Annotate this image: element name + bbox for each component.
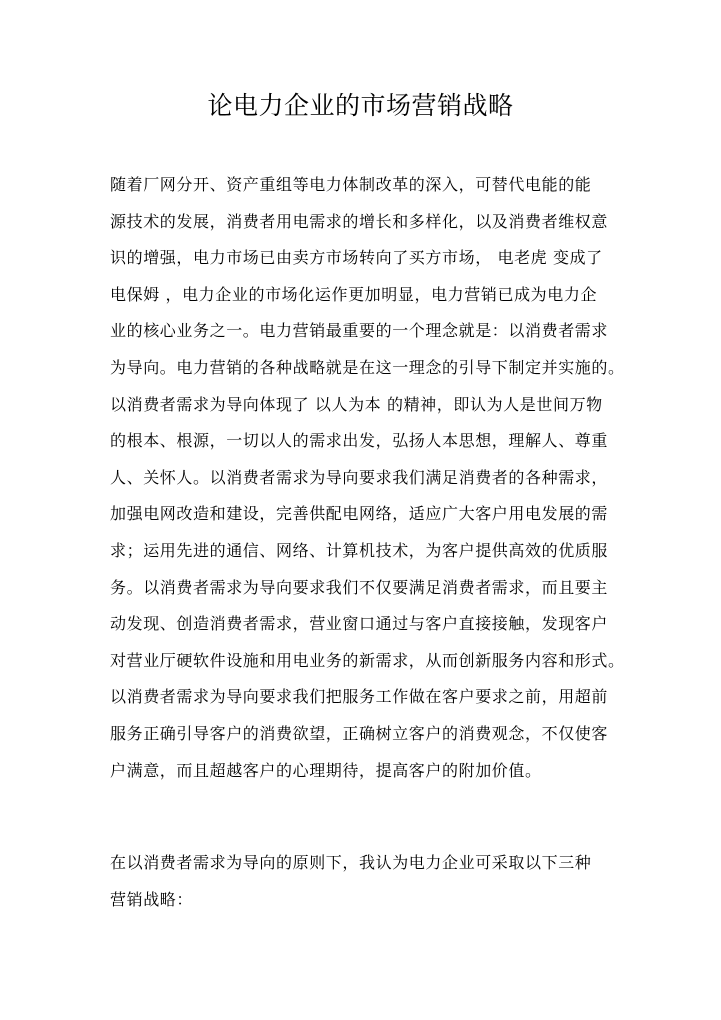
text-line: 为导向。电力营销的各种战略就是在这一理念的引导下制定并实施的。 [110,350,630,387]
text-line: 源技术的发展，消费者用电需求的增长和多样化，以及消费者维权意 [110,204,630,241]
text-line: 加强电网改造和建设，完善供配电网络，适应广大客户用电发展的需 [110,496,630,533]
text-line: 服务正确引导客户的消费欲望，正确树立客户的消费观念，不仅使客 [110,716,630,753]
text-line: 户满意，而且超越客户的心理期待，提高客户的附加价值。 [110,753,630,790]
text-line: 业的核心业务之一。电力营销最重要的一个理念就是：以消费者需求 [110,313,630,350]
text-line: 电保姆 ，电力企业的市场化运作更加明显，电力营销已成为电力企 [110,277,630,314]
text-line: 营销战略： [110,882,630,919]
text-line: 在以消费者需求为导向的原则下，我认为电力企业可采取以下三种 [110,845,630,882]
paragraph-2: 在以消费者需求为导向的原则下，我认为电力企业可采取以下三种 营销战略： [110,845,630,918]
text-line: 求；运用先进的通信、网络、计算机技术，为客户提供高效的优质服 [110,533,630,570]
text-line: 对营业厅硬软件设施和用电业务的新需求，从而创新服务内容和形式。 [110,643,630,680]
text-line: 以消费者需求为导向体现了 以人为本 的精神，即认为人是世间万物 [110,387,630,424]
text-line: 以消费者需求为导向要求我们把服务工作做在客户要求之前，用超前 [110,679,630,716]
text-line: 动发现、创造消费者需求，营业窗口通过与客户直接接触，发现客户 [110,606,630,643]
text-line: 人、关怀人。以消费者需求为导向要求我们满足消费者的各种需求， [110,460,630,497]
text-line: 务。以消费者需求为导向要求我们不仅要满足消费者需求，而且要主 [110,570,630,607]
paragraph-1: 随着厂网分开、资产重组等电力体制改革的深入，可替代电能的能 源技术的发展，消费者… [110,167,630,789]
document-title: 论电力企业的市场营销战略 [0,88,721,124]
text-line: 随着厂网分开、资产重组等电力体制改革的深入，可替代电能的能 [110,167,630,204]
text-line: 识的增强，电力市场已由卖方市场转向了买方市场， 电老虎 变成了 [110,240,630,277]
text-line: 的根本、根源，一切以人的需求出发，弘扬人本思想，理解人、尊重 [110,423,630,460]
